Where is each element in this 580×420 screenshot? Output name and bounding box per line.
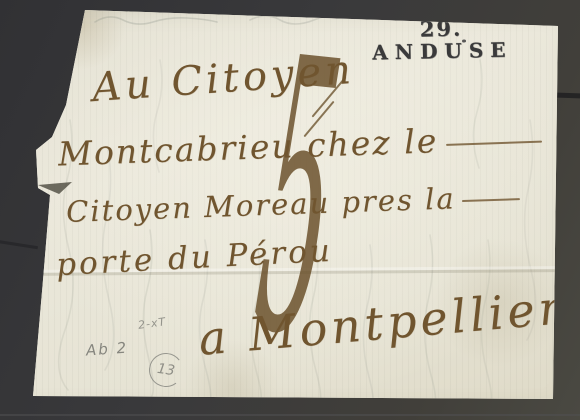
pencil-reference-annotation: Ab 2: [85, 339, 128, 360]
ink-flourish-line-3: [462, 198, 520, 202]
address-line-5-destination: a Montpellier: [196, 280, 566, 366]
postmark-town-name: ANDUSE: [372, 38, 513, 65]
postmark-ink-speck: [462, 40, 466, 43]
address-line-3: Citoyen Moreau pres la: [66, 179, 521, 229]
folded-letter-sheet: 29. ANDUSE 5 Au Citoyen Montcabrieu chez…: [0, 0, 580, 420]
ink-flourish-line-2: [446, 141, 542, 146]
background-seam-right: [554, 93, 580, 99]
pencil-circled-number: 13: [147, 351, 185, 389]
address-line-3-text: Citoyen Moreau pres la: [66, 181, 457, 229]
address-line-1: Au Citoyen: [91, 47, 357, 111]
left-edge-fold-shadow: [38, 182, 72, 194]
background-seam-left: [0, 240, 38, 250]
address-line-2-text: Montcabrieu chez le: [57, 121, 438, 173]
photo-of-letter: 29. ANDUSE 5 Au Citoyen Montcabrieu chez…: [0, 0, 580, 420]
background-seam-bottom: [0, 414, 580, 416]
pencil-code-annotation: 2-xT: [137, 315, 167, 332]
postmark-29-anduse: 29. ANDUSE: [372, 15, 513, 65]
address-line-4: porte du Pérou: [55, 233, 333, 283]
address-line-2: Montcabrieu chez le: [57, 118, 542, 174]
